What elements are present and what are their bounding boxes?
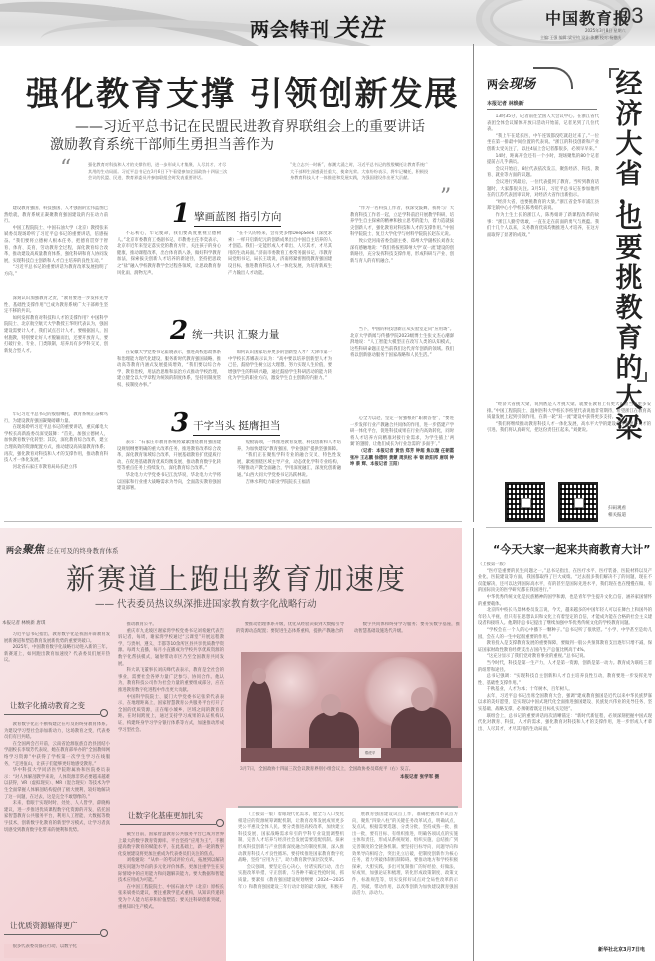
main-col-3: “在不久的将来，会有更多像DeepSeek（深度求索）一样开启新纪元的创新成果出… bbox=[228, 231, 332, 301]
paragraph: 中华优秀传统文化是民族精神的国学和源，也是青年学生提升文化自信，涵养家国情怀的重… bbox=[478, 595, 652, 608]
qr-logo-icon bbox=[521, 498, 531, 508]
qr-code[interactable] bbox=[558, 482, 598, 522]
paragraph: “在不久的将来，会有更多像DeepSeek（深度求索）一样开启新纪元的创新成果出… bbox=[228, 231, 332, 277]
paragraph: 在安徽大学党委书记霍晓表示，推进高校思政体系和治理能力现代化建设，服务新时代教育… bbox=[117, 350, 221, 390]
open-quote-icon: “ bbox=[60, 156, 71, 181]
brand-text: 两会 bbox=[487, 78, 509, 91]
subheading-rule bbox=[4, 934, 100, 935]
paragraph: 当下，中国的科技创新正从实验室走向“应用场”。北京大学新闻与传播学院2023级博… bbox=[350, 327, 454, 360]
vertical-headline-char: 挑 bbox=[612, 264, 646, 294]
feature-intro: 习近平总书记指出，教育数字化是我国开辟教育发展新赛道和塑造教育发展新优势的重要突… bbox=[4, 632, 110, 682]
paragraph: 心全力以赴，坚定一份强根的“职教答卷”，“要进一步发挥行业产教融合共同体的作用，… bbox=[350, 416, 454, 449]
feature-byline: 本报记者 林焕新 唐琪 bbox=[2, 620, 45, 626]
byline: 本报记者 林焕新 bbox=[487, 100, 524, 107]
subheading-3: 让优质资源辐得更广 bbox=[10, 920, 78, 931]
vertical-headline-char: 济 bbox=[612, 100, 646, 130]
column-divider bbox=[473, 44, 474, 522]
issue-date: 2025年3月8日 星期六 bbox=[585, 28, 626, 34]
paragraph: 截至目前，国家智慧教育公共服务平台已成为世界上最大的数字教育资源库。平台坚持“应… bbox=[118, 832, 224, 858]
label-big: 聚焦 bbox=[22, 543, 44, 556]
masthead: 两会特刊关注 中国教育报 03 2025年3月8日 星期六 主编:王强 编辑:梁… bbox=[0, 0, 655, 46]
paper-logo: 中国教育报 bbox=[545, 6, 630, 29]
section-heading-2: 2 统一共识 汇聚力量 bbox=[170, 318, 279, 344]
subheading-rule bbox=[4, 714, 100, 715]
vertical-headline-char: 也 bbox=[612, 204, 646, 234]
section-number: 3 bbox=[171, 410, 189, 436]
paragraph: 作为土生土长的浙江人，陈秀娟讲了新课程改革的故事：“浙江人勤劳勇敢，一直在走在前… bbox=[487, 213, 599, 239]
qr-logo-icon bbox=[574, 498, 584, 508]
paragraph: 北京四中校长马景林委员发言说，今天，越来越多的中国年轻人可以在舞台上和国外的年轻… bbox=[478, 608, 652, 628]
feature-col-4: 数字共同体和终身学习服务；要夯实数字基座，推动智慧基础设施迭代升级。 bbox=[354, 622, 460, 646]
vertical-headline-char: 大 bbox=[612, 130, 646, 160]
paragraph: 教育投入是支撑教育发展的重要保障，要做到一般公共预算教育支出逐年只增不减，保证国… bbox=[478, 641, 652, 654]
paragraph: 表示：“石家庄市教育系统将紧紧围绕教育强国建设规划纲要明确的重大改革任务，推进教… bbox=[117, 440, 221, 473]
feature-label: 两会聚焦泛在可及的终身教育体系 bbox=[6, 541, 119, 557]
photo-caption: 3月7日，全国政协十四届三次会议教育界别小组会议上，全国政协委员郑虎平（右）发言… bbox=[240, 766, 462, 773]
section-title: 干字当头 挺膺担当 bbox=[193, 418, 280, 436]
paragraph: “我们正在聚焦学科专业的融合交叉、特色性发展，紧密围绕区域主导产业，动态优化学科… bbox=[237, 453, 341, 479]
paragraph: 联组会上，总书记的重要讲话再次清晰锚定：“新时代新征程，必须深刻把握中国式现代化… bbox=[478, 714, 652, 734]
paragraph: 数字共同体和终身学习服务；要夯实数字基座，推动智慧基础设施迭代升级。 bbox=[354, 622, 460, 635]
vertical-headline-char: 教 bbox=[612, 294, 646, 324]
feature-subhead: —— 代表委员热议纵深推进国家教育数字化战略行动 bbox=[95, 596, 317, 610]
sec3-col-1: 牢记习近平总书记的殷殷嘱托，教育系统正奋楫笃行，为建设教育强国凝聚磅礴力量。 在… bbox=[4, 412, 108, 517]
paragraph: 中国工程院院士、中国石油大学（北京）教授张来斌委员现场聆听了习近平总书记的重要讲… bbox=[4, 226, 108, 266]
paragraph: 建设教育强国、科技强国、人才强国的宏伟蓝图已然绘就，教育系统正凝聚教育强国建设的… bbox=[4, 206, 108, 226]
paragraph: 深刻认识加强教育之责，“教育要进一步发挥先导性、基础性支撑作用”已成为教育系统广… bbox=[4, 296, 108, 316]
section-title-text: 两会特刊 bbox=[250, 19, 330, 41]
main-subhead-2: 激励教育系统干部师生勇担当善作为 bbox=[50, 134, 274, 154]
decorative-curve bbox=[533, 67, 573, 89]
paragraph: 13时35分，记者前往全国人大会议中心。在浙江省代表团全体会议媒体开放日活动开始… bbox=[487, 114, 599, 134]
continued-col-1: （上接第一版）着眼现代化需求，健全与人口变化相适应的资源统筹调配机制，让教育改革… bbox=[238, 812, 344, 958]
section-heading-3: 3 干字当头 挺膺担当 bbox=[171, 410, 280, 436]
paragraph: 总书记强调：“实现科技自主创新和人才自主培养良性互动，教育要进一步发挥先导性、基… bbox=[478, 674, 652, 687]
page-number: 03 bbox=[619, 3, 643, 29]
sec2-col-4: 当下，中国的科技创新正从实验室走向“应用场”。北京大学新闻与传播学院2023级博… bbox=[350, 327, 454, 395]
paragraph: 习近平总书记指出，教育数字化是我国开辟教育发展新赛道和塑造教育发展新优势的重要突… bbox=[4, 632, 110, 645]
photo-desk bbox=[241, 748, 462, 762]
sec3-col-4: 心全力以赴，坚定一份强根的“职教答卷”，“要进一步发挥行业产教融合共同体的作用，… bbox=[350, 416, 454, 516]
paragraph: 展教育强国建设试点工作，准确把握改革试点方向，聚焦“四梁八柱”的关键任务改革试点… bbox=[352, 812, 458, 898]
paragraph: 短板弱项，一体推进教育发展、科技创新和人才培养，为加快建设“教育强国、学业强国”… bbox=[237, 440, 341, 453]
feature-col-1-end: 很多代表委员都在行动，以数字化 bbox=[4, 944, 110, 958]
section-divider bbox=[4, 521, 462, 522]
paragraph: （上接第一版）着眼现代化需求，健全与人口变化相适应的资源统筹调配机制，让教育改革… bbox=[238, 812, 344, 865]
paragraph: 吉林水利电力职业学院院长王福清 bbox=[237, 480, 341, 487]
paragraph: 千秋基业，人才为本；十年树木，百年树人。 bbox=[478, 687, 652, 694]
section-number: 1 bbox=[172, 201, 190, 227]
paragraph: 如何发挥教育对科技和人才的支撑作用？中国科学院院士、北京航空航天大学教授王华明代… bbox=[4, 316, 108, 356]
paragraph: 推动教育公平。 bbox=[118, 622, 224, 629]
section-title-big: 关注 bbox=[334, 13, 384, 42]
sec2-col-3: 如何认识国家培养更多的创新型人才？天津市第一中学校长苏娜表示认为：“高中要以培养… bbox=[228, 350, 332, 398]
paragraph: “我们将继续推动教育科技人才一体化发展，高水平大学的建设将引领更多人才的引进。我… bbox=[487, 422, 651, 435]
right-col-text: 13时35分，记者前往全国人大会议中心。在浙江省代表团全体会议媒体开放日活动开始… bbox=[487, 114, 599, 404]
reporter-credits: （记者：本报记者 黄浩 郑芳 钟超 焦以璇 任朝霞 张冲 王志鹏 徐德明 黄蒙 … bbox=[350, 449, 454, 469]
paragraph: 在全国两会召开前，云南省沧源佤族自治县团结小学副校长李瑞芳代表说，她在教育部举办… bbox=[4, 742, 110, 768]
right-feature-headline: “今天大家一起来共商教育大计” bbox=[493, 541, 650, 557]
paragraph: 去年，习近平总书记出席全国教育大会，强调“建成教育强国是近代以来中华民族梦寐以求… bbox=[478, 694, 652, 714]
paragraph: 在现场聆听习近平总书记的重要讲话，重庆邮电大学校长高新波委员深受鼓舞：“首先，加… bbox=[4, 425, 108, 465]
column-divider bbox=[473, 528, 474, 961]
circle-ornament-icon bbox=[216, 819, 224, 827]
section-divider bbox=[238, 806, 458, 808]
paragraph: 会议开始后，8位代表依次发言，聚焦经济、科技、教育、就业等方面的议题。 bbox=[487, 167, 599, 180]
sec2-col-1: 深刻认识加强教育之责，“教育要进一步发挥先导性、基础性支撑作用”已成为教育系统广… bbox=[4, 296, 108, 396]
paragraph: “学校会在一个人的心中播下一颗种子。”总书记听了很欣慰。“小学、中学甚至是幼儿园… bbox=[478, 628, 652, 641]
paragraph: “习近平总书记的重要讲话为教育改革发展指明了方向。” bbox=[4, 265, 108, 278]
sec2-col-2: 在安徽大学党委书记霍晓表示，推进高校思政体系和治理能力现代化建设，服务新时代教育… bbox=[117, 350, 221, 398]
section-number: 2 bbox=[170, 318, 188, 344]
vertical-headline-char: 要 bbox=[612, 234, 646, 264]
main-headline: 强化教育支撑 引领创新发展 bbox=[26, 68, 460, 115]
byline-rule bbox=[487, 109, 597, 110]
paragraph: “我上午在延长医，中午连饭都没吃就赶过来了。”一位坐在第一排最中间位置的代表说。… bbox=[487, 134, 599, 154]
qr-code[interactable] bbox=[505, 482, 545, 522]
photo-person-head bbox=[321, 694, 341, 716]
section-divider bbox=[486, 527, 652, 528]
brand-big: 现场 bbox=[509, 77, 535, 92]
staff-credits: 主编:王强 编辑:梁昱钧 设计:张鹏 校对:杨德庆 bbox=[540, 35, 621, 41]
paragraph: 刘希娅说：“从单一的考试评价方式，拓展到以解决现实问题为导向的多元化评价体系，更… bbox=[118, 858, 224, 884]
paragraph: “医疗是重要的民生问题之一。”总书记指出，在医疗水平、医疗装备、医院材料以及产业… bbox=[478, 569, 652, 595]
paragraph: 教育数字化正不断构建泛在可及的终身教育体系。为建设学习型社会添加新动力，这场教育… bbox=[4, 722, 110, 742]
subheading-1: 让数字化撬动教育之变 bbox=[10, 700, 85, 711]
right-col-text-wide: “经济大省挑大梁，说到底是人才挑大梁。就要在教育上有更大的担当和更多安排。”中国… bbox=[487, 402, 651, 462]
bracket-close-icon bbox=[637, 372, 647, 382]
subheading-rule bbox=[120, 824, 216, 825]
main-col-4: “作为一名科技工作者，我深受鼓舞，我将与广大教育科技工作者一起，立足学科前沿开展… bbox=[350, 206, 454, 301]
paragraph: 很多代表委员都在行动，以数字化 bbox=[4, 944, 110, 951]
label-text: 两会 bbox=[6, 546, 22, 555]
paragraph: 科大讯飞董事长刘庆峰代表表示，教育是全社会的事业，需要社会各界力量广泛参与、协同… bbox=[118, 668, 224, 694]
feature-col-2: 推动教育公平。 重庆市九龙坡区谢家湾学校党委书记刘希娅代表告诉记者，每周，谢家湾… bbox=[118, 622, 224, 782]
section-title: 两会特刊关注 bbox=[250, 8, 384, 43]
photo-nameplate: 郑虎平 bbox=[359, 748, 381, 758]
paragraph: 河北省石家庄市教育局局长赵立伟 bbox=[4, 465, 108, 472]
continued-note: （上接第一版） bbox=[478, 562, 652, 569]
paragraph: 不忘初心，牢记使命，我们要高度重视立德树人。”北京市委教育工委副书记、市教委主任… bbox=[117, 231, 221, 277]
paragraph: 华中科技大学同济医学院附属协和医院委员表示：“对人体解剖教学来说，人体资源非常必… bbox=[4, 768, 110, 801]
section-title: 统一共识 汇聚力量 bbox=[192, 327, 279, 344]
feature-photo: 郑虎平 bbox=[241, 652, 462, 762]
feature-tagline: 泛在可及的终身教育体系 bbox=[47, 547, 119, 555]
paragraph: 会议强调，要坚定信心决心，付诸实践行动，出台实施改革举措，守正创新，与各种不确定… bbox=[238, 865, 344, 891]
sec3-col-2: 表示：“石家庄市教育系统将紧紧围绕教育强国建设规划纲要明确的重大改革任务，推进教… bbox=[117, 440, 221, 518]
lead-quote-right: “先立志兴一时新”，春潮大涌之时，习近平总书记的殷殷嘱托让教育系统广大干部师生深… bbox=[290, 162, 430, 182]
circle-ornament-icon bbox=[100, 709, 108, 717]
sec3-col-3: 短板弱项，一体推进教育发展、科技创新和人才培养，为加快建设“教育强国、学业强国”… bbox=[237, 440, 341, 518]
paragraph: 未来，着眼于实现时时、处处、人人皆学，薛晓梅建议，进一步推进优质课程数字化资源的… bbox=[4, 801, 110, 834]
paragraph: 牢记习近平总书记的殷殷嘱托，教育系统正奋楫笃行，为建设教育强国凝聚磅礴力量。 bbox=[4, 412, 108, 425]
photo-person-head bbox=[252, 668, 266, 684]
circle-ornament-icon bbox=[100, 929, 108, 937]
feature-col-3: 要推动治理体系升级，优化从经验决策到大数据引导的资源动态配置；要促进生态体系重构… bbox=[236, 622, 344, 646]
section-heading-1: 1 擘画蓝图 指引方向 bbox=[172, 201, 281, 227]
paragraph: 如何认识国家培养更多的创新型人才？天津市第一中学校长苏娜表示认为：“高中要以培养… bbox=[228, 350, 332, 383]
paragraph: 在中国工程院院士、中国石油大学（北京）原校长张来斌委员建议，要注重教学范式重构，… bbox=[118, 885, 224, 911]
feature-col-2b: 截至目前，国家智慧教育公共服务平台已成为世界上最大的数字教育资源库。平台坚持“应… bbox=[118, 832, 224, 957]
vertical-headline: 经济大省，也要挑教育的大梁 bbox=[612, 70, 646, 444]
paragraph: 2025年，中国教育数字化战略行动进入新的三年。新赛道上，如何跑出教育加速度？代… bbox=[4, 645, 110, 665]
photo-credit: 本报记者 张学军 摄 bbox=[400, 774, 439, 780]
qr-caption: 扫码观看 相关报道 bbox=[608, 505, 626, 519]
photo-person-head bbox=[411, 687, 433, 711]
lead-quote-left: 强化教育对科技和人才的支撑作用，进一步形成人才集聚、人尽其才、才尽其用的生动局面… bbox=[88, 162, 228, 182]
column-brand: 两会现场 bbox=[487, 73, 535, 92]
main-col-2: 不忘初心，牢记使命，我们要高度重视立德树人。”北京市委教育工委副书记、市教委主任… bbox=[117, 231, 221, 301]
vertical-headline-char: ， bbox=[612, 190, 646, 204]
subheading-2: 让数字化基座更加扎实 bbox=[128, 810, 203, 821]
vertical-headline-char: 育 bbox=[612, 324, 646, 354]
section-title: 擘画蓝图 指引方向 bbox=[194, 209, 281, 227]
dateline: 新华社北京3月7日电 bbox=[598, 946, 645, 953]
paragraph: “经济大省，也要挑教育的大梁。”浙江省金华市浦江县郑宅镇中心小学校长陈秀娟代表说… bbox=[487, 200, 599, 213]
paragraph: “这充分显示了我们党对教育事业的重视。”总书记说。 bbox=[478, 654, 652, 661]
paragraph: “作为一名科技工作者，我深受鼓舞，我将与广大教育科技工作者一起，立足学科前沿开展… bbox=[350, 206, 454, 239]
feature-headline: 新赛道上跑出教育加速度 bbox=[66, 557, 407, 598]
paragraph: 致公党河南省委会副主委、郑州大学副校长刘春太深有感触地说：“我们将按照郑州大学‘… bbox=[350, 239, 454, 265]
continued-col-2: 展教育强国建设试点工作，准确把握改革试点方向，聚焦“四梁八柱”的关键任务改革试点… bbox=[352, 812, 458, 958]
right-feature-text: （上接第一版） “医疗是重要的民生问题之一。”总书记指出，在医疗水平、医疗装备、… bbox=[478, 562, 652, 942]
main-subhead-1: ——习近平总书记在民盟民进教育界联组会上的重要讲话 bbox=[75, 116, 425, 136]
paragraph: 会议进行到最后，一位代表提到了教育。当听到教育话题时，大家都很关注。3月5日，习… bbox=[487, 180, 599, 200]
paragraph: 华北电力大学党委书记江沈华说，华北电力大学将以国家和行业重大战略需求为导向，全面… bbox=[117, 473, 221, 493]
paragraph: 14时，距离开会还有一个小时，现场聚集的80个记者提前占几乎满员。 bbox=[487, 154, 599, 167]
paragraph: 当今时代，科技是第一生产力，人才是第一资源，创新是第一动力。教育成为联结三者的纽… bbox=[478, 661, 652, 674]
paragraph: 要推动治理体系升级，优化从经验决策到大数据引导的资源动态配置；要促进生态体系重构… bbox=[236, 622, 344, 635]
paragraph: 中国科学院院士、厦门大学党委书记张荣代表表示，在地理距离上，国家智慧教育公共服务… bbox=[118, 695, 224, 735]
vertical-headline-char: 经 bbox=[612, 70, 646, 100]
paragraph: 重庆市九龙坡区谢家湾学校党委书记刘希娅代表告诉记者，每周，谢家湾学校通过“云课堂… bbox=[118, 629, 224, 669]
paragraph: “经济大省挑大梁，说到底是人才挑大梁。就要在教育上有更大的担当和更多安排。”中国… bbox=[487, 402, 651, 422]
